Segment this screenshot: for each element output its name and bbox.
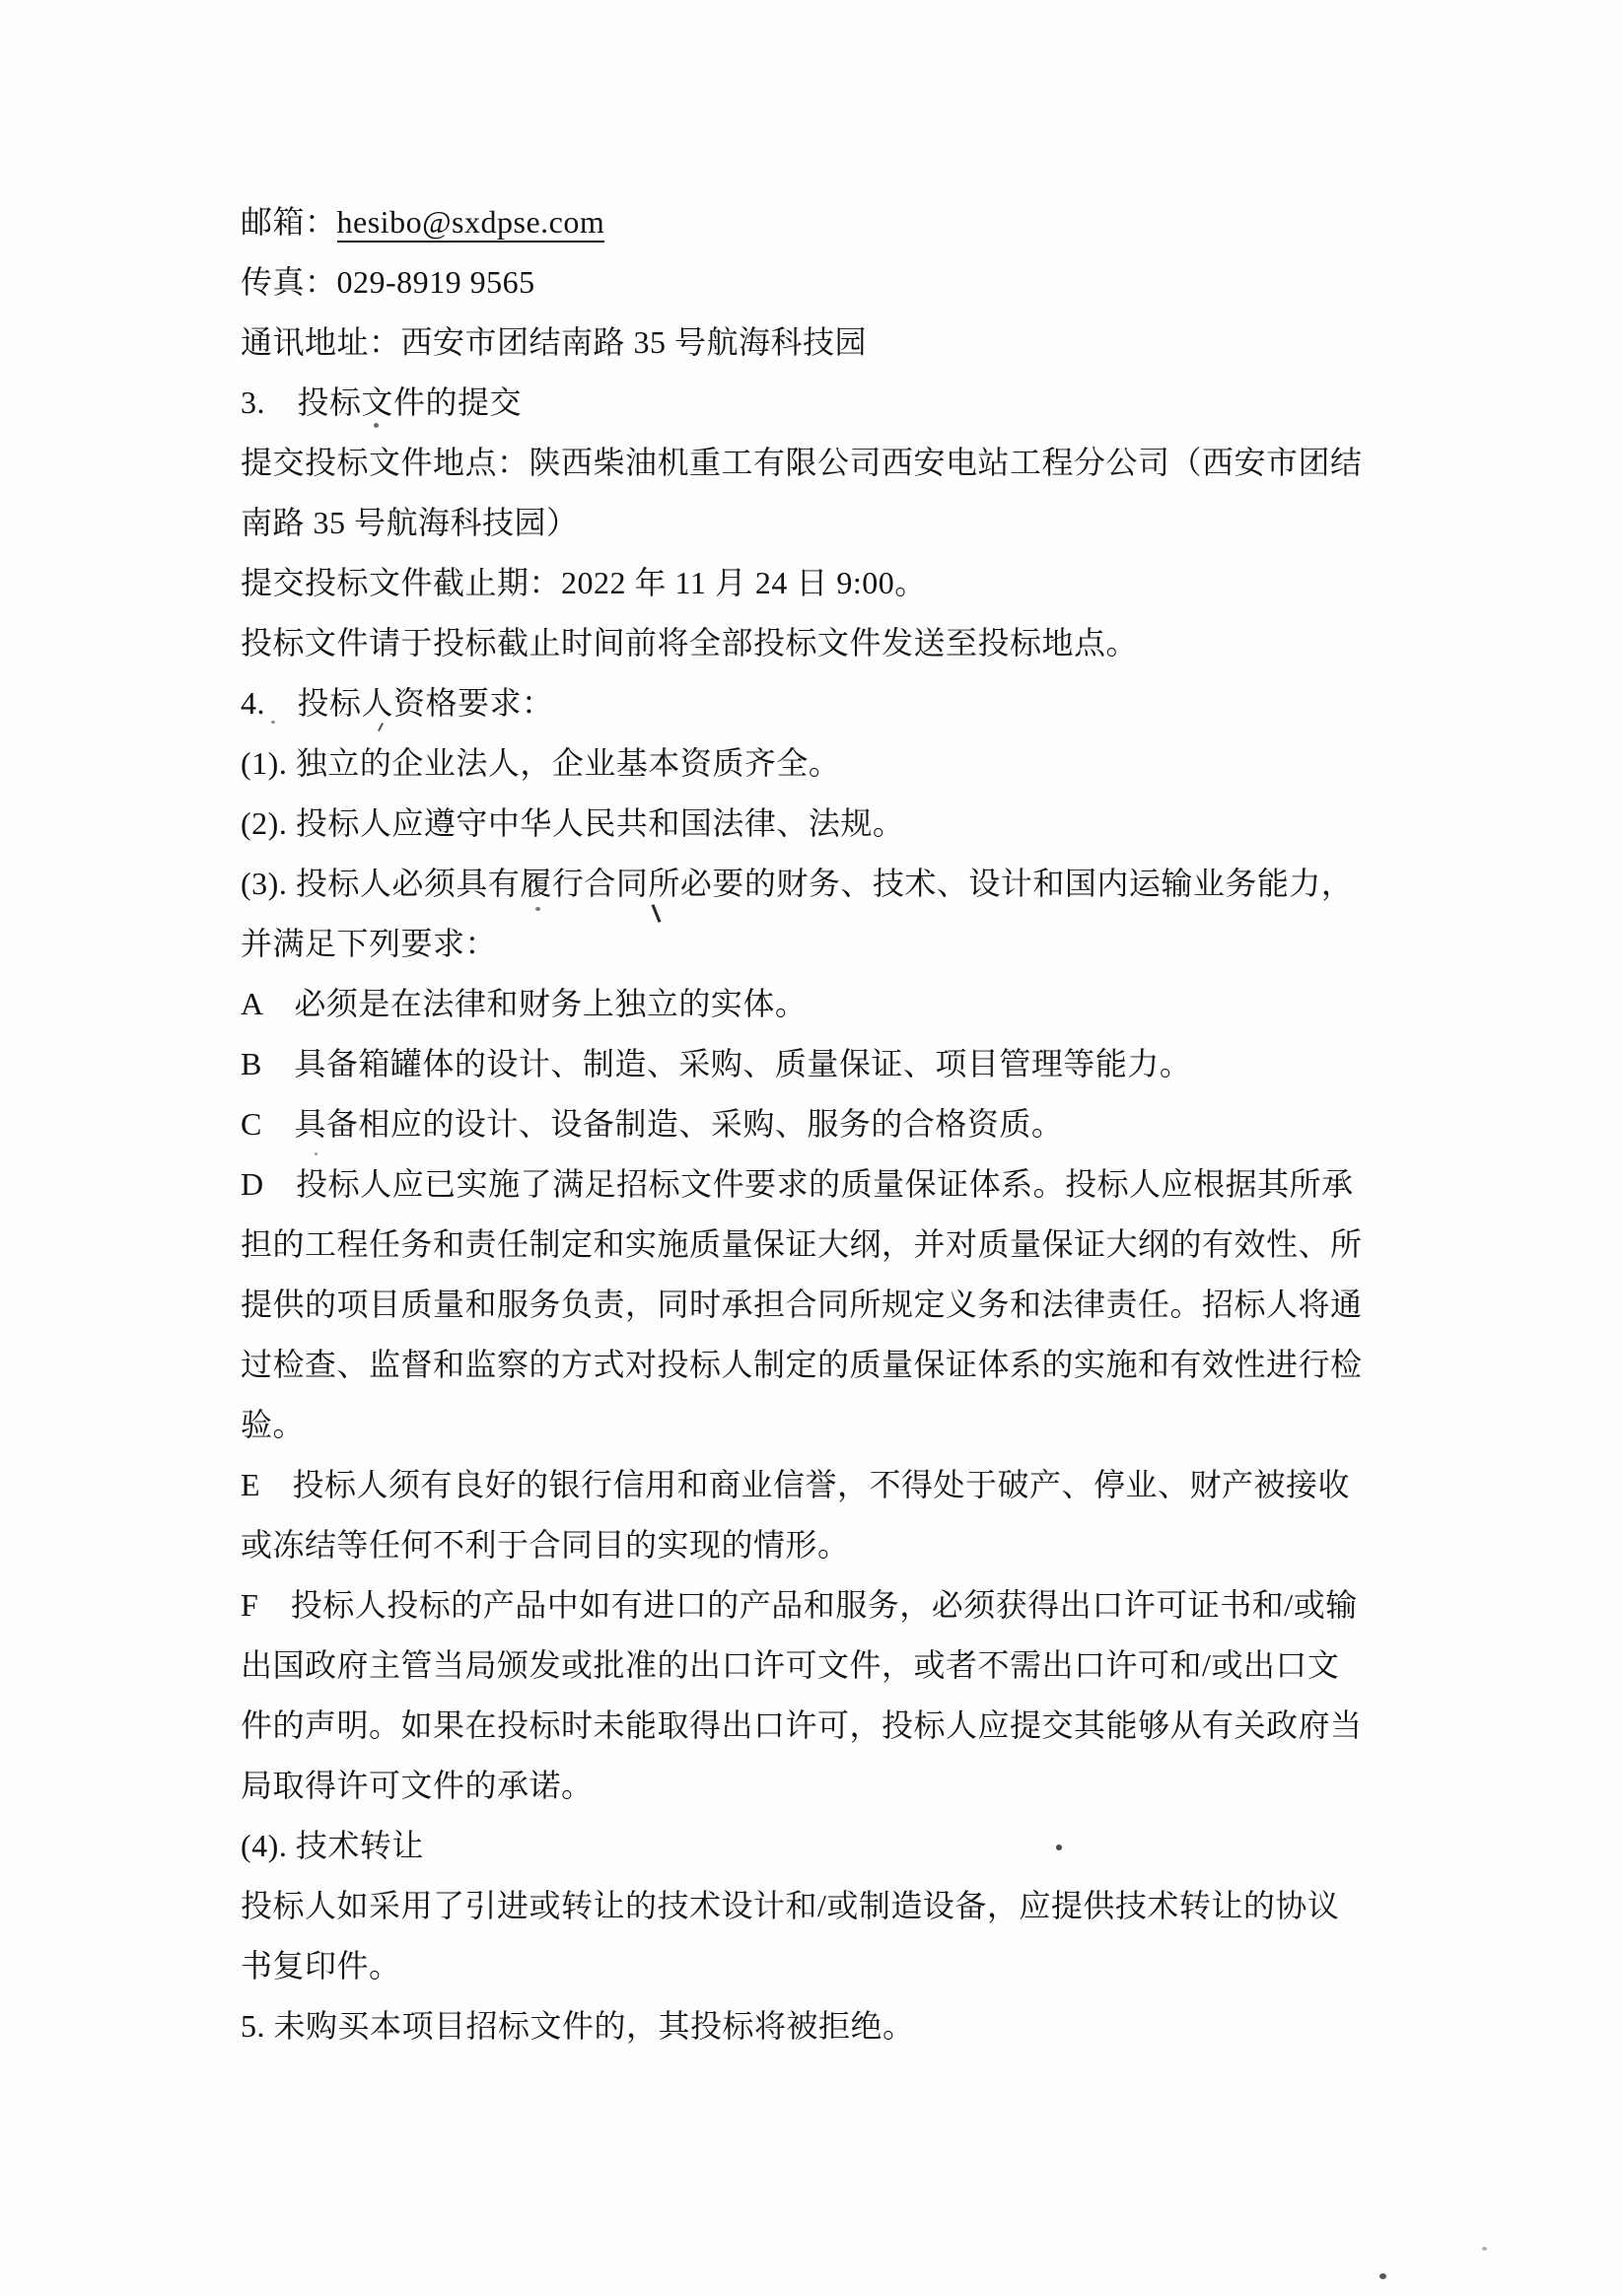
section-4-heading: 4. 投标人资格要求： (241, 673, 1384, 733)
requirement-d-line-4: 过检查、监督和监察的方式对投标人制定的质量保证体系的实施和有效性进行检 (241, 1335, 1384, 1395)
email-address: hesibo@sxdpse.com (337, 204, 605, 243)
requirement-1-line: (1). 独立的企业法人，企业基本资质齐全。 (241, 733, 1384, 794)
postal-address-line: 通讯地址：西安市团结南路 35 号航海科技园 (241, 313, 1384, 373)
requirement-d-line-1: D 投标人应已实施了满足招标文件要求的质量保证体系。投标人应根据其所承 (241, 1154, 1384, 1215)
submission-instruction-line: 投标文件请于投标截止时间前将全部投标文件发送至投标地点。 (241, 613, 1384, 673)
document-text-block: 邮箱：hesibo@sxdpse.com 传真：029-8919 9565 通讯… (241, 192, 1384, 2056)
section-3-heading: 3. 投标文件的提交 (241, 373, 1384, 433)
requirement-f-line-4: 局取得许可文件的承诺。 (241, 1756, 1384, 1816)
requirement-c-line: C 具备相应的设计、设备制造、采购、服务的合格资质。 (241, 1094, 1384, 1154)
section-5-line: 5. 未购买本项目招标文件的，其投标将被拒绝。 (241, 1996, 1384, 2056)
tech-transfer-line-2: 书复印件。 (241, 1936, 1384, 1996)
submission-deadline-line: 提交投标文件截止期：2022 年 11 月 24 日 9:00。 (241, 553, 1384, 613)
requirement-e-line-1: E 投标人须有良好的银行信用和商业信誉，不得处于破产、停业、财产被接收 (241, 1455, 1384, 1515)
requirement-d-line-3: 提供的项目质量和服务负责，同时承担合同所规定义务和法律责任。招标人将通 (241, 1275, 1384, 1335)
requirement-f-line-1: F 投标人投标的产品中如有进口的产品和服务，必须获得出口许可证书和/或输 (241, 1575, 1384, 1635)
email-line: 邮箱：hesibo@sxdpse.com (241, 192, 1384, 252)
scan-speck (535, 907, 540, 911)
requirement-d-line-5: 验。 (241, 1395, 1384, 1455)
requirement-f-line-2: 出国政府主管当局颁发或批准的出口许可文件，或者不需出口许可和/或出口文 (241, 1635, 1384, 1696)
scan-speck (271, 721, 275, 724)
submission-location-line-1: 提交投标文件地点：陕西柴油机重工有限公司西安电站工程分公司（西安市团结 (241, 433, 1384, 493)
fax-line: 传真：029-8919 9565 (241, 252, 1384, 313)
tech-transfer-line-1: 投标人如采用了引进或转让的技术设计和/或制造设备，应提供技术转让的协议 (241, 1876, 1384, 1936)
requirement-a-line: A 必须是在法律和财务上独立的实体。 (241, 974, 1384, 1034)
requirement-b-line: B 具备箱罐体的设计、制造、采购、质量保证、项目管理等能力。 (241, 1034, 1384, 1094)
requirement-4-tech-transfer-heading: (4). 技术转让 (241, 1816, 1384, 1876)
scan-speck (315, 1152, 318, 1155)
scan-speck (1056, 1844, 1062, 1850)
scanned-document-page: 邮箱：hesibo@sxdpse.com 传真：029-8919 9565 通讯… (0, 0, 1623, 2296)
scan-speck (1379, 2273, 1386, 2279)
requirement-2-line: (2). 投标人应遵守中华人民共和国法律、法规。 (241, 794, 1384, 854)
submission-location-line-2: 南路 35 号航海科技园） (241, 493, 1384, 553)
requirement-f-line-3: 件的声明。如果在投标时未能取得出口许可，投标人应提交其能够从有关政府当 (241, 1696, 1384, 1756)
scan-speck (374, 423, 379, 428)
email-label: 邮箱： (241, 204, 337, 240)
requirement-3-line-1: (3). 投标人必须具有履行合同所必要的财务、技术、设计和国内运输业务能力， (241, 854, 1384, 914)
requirement-3-line-2: 并满足下列要求： (241, 914, 1384, 974)
requirement-d-line-2: 担的工程任务和责任制定和实施质量保证大纲，并对质量保证大纲的有效性、所 (241, 1215, 1384, 1275)
scan-speck (1482, 2247, 1487, 2251)
requirement-e-line-2: 或冻结等任何不利于合同目的实现的情形。 (241, 1515, 1384, 1575)
